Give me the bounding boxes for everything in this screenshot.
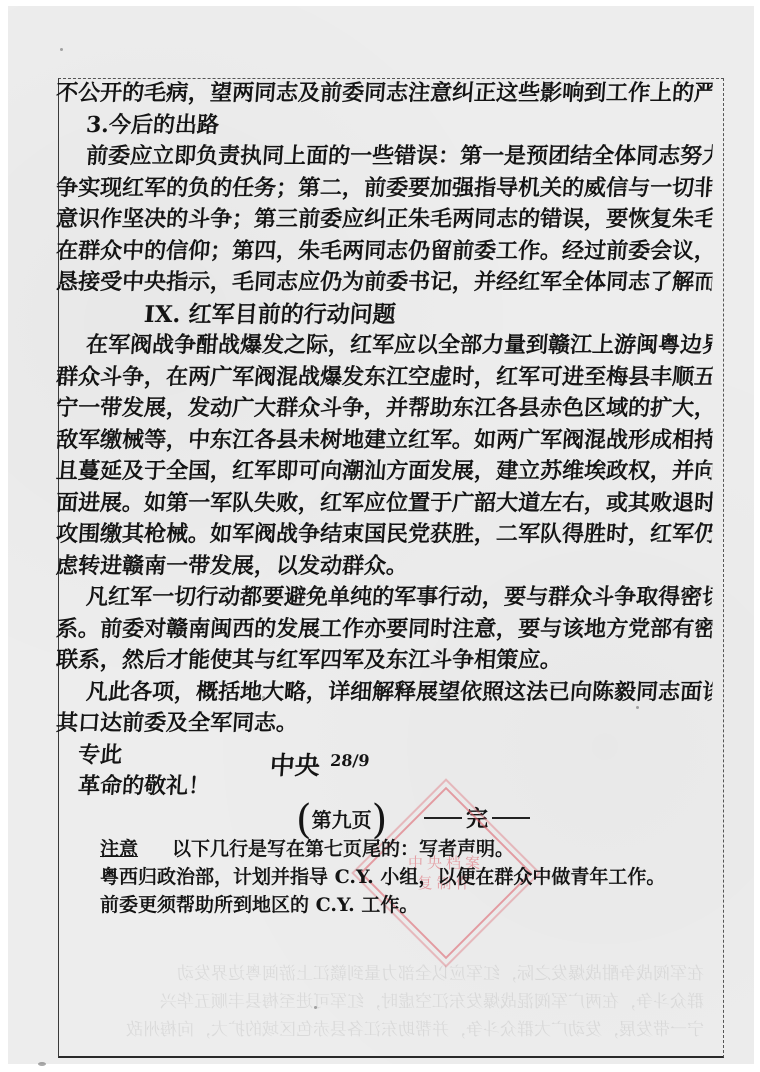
ghost-line: 宁一带发展，发动广大群众斗争，并帮助东江各县赤色区域的扩大，向梅州敌 [64,1016,704,1044]
body-line: 不公开的毛病，望两同志及前委同志注意纠正这些影响到工作上的严重错误！ [55,78,713,110]
body-line: 凡红军一切行动都要避免单纯的军事行动，要与群众斗争取得密切联 [55,582,713,614]
paper-speck [262,696,265,699]
paper-speck [38,1062,46,1066]
body-line: 虑转进赣南一带发展，以发动群众。 [55,551,713,583]
signature: 中央28/9 [269,746,371,782]
section-heading: IX. 红军目前的行动问题 [55,299,713,331]
signature-date: 28/9 [330,751,371,770]
body-line: 联系，然后才能使其与红军四军及东江斗争相策应。 [55,645,713,677]
note-line-3: 前委更须帮助所到地区的 C.Y. 工作。 [100,891,720,919]
body-line: 攻围缴其枪械。如军阀战争结束国民党获胜，二军队得胜时，红军仍当考 [55,519,713,551]
body-line: 面进展。如第一军队失败，红军应位置于广韶大道左右，或其败退时径之 [55,488,713,520]
note-line-1: 注意以下几行是写在第七页尾的：写者声明。 [100,835,720,863]
bleed-through-text: 在军阀战争酣战爆发之际，红军应以全部力量到赣江上游闽粤边界发动 群众斗争，在两广… [64,960,704,1044]
note-text: 以下几行是写在第七页尾的：写者声明。 [172,838,514,860]
body-line: 系。前委对赣南闽西的发展工作亦要同时注意，要与该地方党部有密切 [55,614,713,646]
body-line: 前委应立即负责执同上面的一些错误：第一是预团结全体同志努力向敌人斗 [55,141,713,173]
body-line: 凡此各项，概括地大略，详细解释展望依照这法已向陈毅同志面谈，当由 [55,677,713,709]
paper-speck [636,706,639,709]
page-number-text: 第九页 [312,808,372,832]
body-line: 在群众中的信仰；第四，朱毛两同志仍留前委工作。经过前委会议，朱毛两同志诚 [55,236,713,268]
ghost-line: 群众斗争，在两广军阀混战爆发东江空虚时，红军可进至梅县丰顺五华兴 [64,988,704,1016]
note-line-2: 粤西归政治部，计划并指导 C.Y. 小组，以便在群众中做青年工作。 [100,863,720,891]
body-line: 且蔓延及于全国，红军即可向潮汕方面发展，建立苏维埃政权，并向惠属方 [55,456,713,488]
body-line: 恳接受中央指示，毛同志应仍为前委书记，并经红军全体同志了解而接受。 [55,267,713,299]
ghost-line: 在军阀战争酣战爆发之际，红军应以全部力量到赣江上游闽粤边界发动 [64,960,704,988]
body-line: 其口达前委及全军同志。 [55,708,713,740]
sender-name: 中央 [269,751,321,780]
body-line: 在军阀战争酣战爆发之际，红军应以全部力量到赣江上游闽粤边界发动 [55,330,713,362]
paper-speck [60,48,63,51]
section-subheading: 3.今后的出路 [55,110,713,142]
body-line: 争实现红军的负的任务；第二，前委要加强指导机关的威信与一切非无产阶级 [55,173,713,205]
body-line: 意识作坚决的斗争；第三前委应纠正朱毛两同志的错误，要恢复朱毛两同志 [55,204,713,236]
body-line: 宁一带发展，发动广大群众斗争，并帮助东江各县赤色区域的扩大，向梅州敌 [55,393,713,425]
paper-speck [314,1006,317,1009]
closing-phrase: 专此 [55,740,713,772]
body-line: 群众斗争，在两广军阀混战爆发东江空虚时，红军可进至梅县丰顺五华兴 [55,362,713,394]
letter-body: 不公开的毛病，望两同志及前委同志注意纠正这些影响到工作上的严重错误！ 3.今后的… [56,78,712,803]
footnote-block: 注意以下几行是写在第七页尾的：写者声明。 粤西归政治部，计划并指导 C.Y. 小… [100,835,720,919]
dash-right [492,817,530,819]
body-line: 敌军缴械等，中东江各县未树地建立红军。如两广军阀混战形成相持局面而 [55,425,713,457]
note-label: 注意 [100,838,138,860]
